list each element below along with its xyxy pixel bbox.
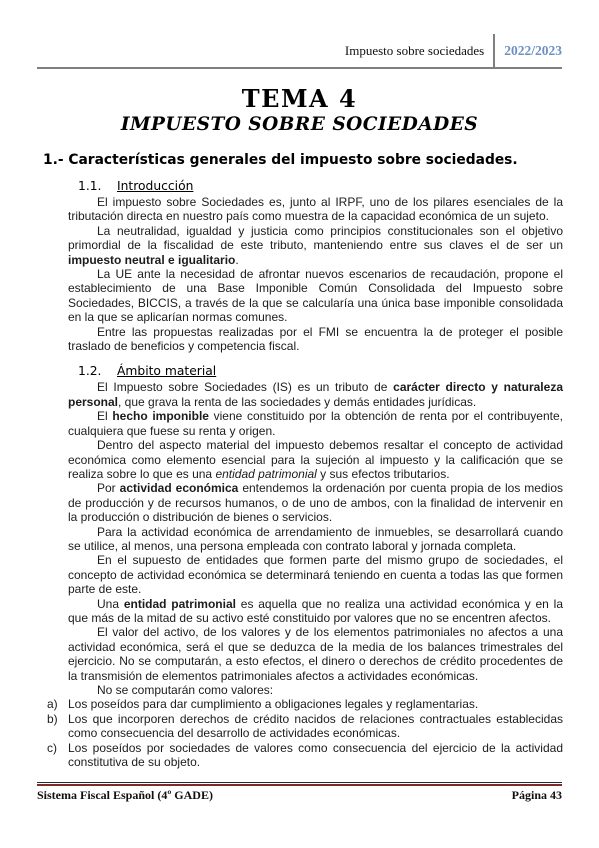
paragraph-4: Entre las propuestas realizadas por el F… <box>68 325 563 354</box>
subsection-number: 1.1. <box>78 179 117 193</box>
list-item-b: b)Los que incorporen derechos de crédito… <box>47 712 563 741</box>
text-run: El <box>97 409 112 423</box>
list-item-text: Los poseídos para dar cumplimiento a obl… <box>68 697 478 711</box>
text-run: La neutralidad, igualdad y justicia como… <box>68 224 563 252</box>
italic-run: entidad patrimonial <box>215 467 316 481</box>
list-marker: b) <box>47 712 68 726</box>
text-run: El impuesto sobre Sociedades es, junto a… <box>68 195 563 223</box>
list-item-text: Los poseídos por sociedades de valores c… <box>68 741 563 769</box>
text-run: Una <box>97 597 124 611</box>
text-run: Entre las propuestas realizadas por el F… <box>68 325 563 353</box>
list-marker: c) <box>47 741 68 755</box>
text-run: . <box>235 253 238 267</box>
text-run: En el supuesto de entidades que formen p… <box>68 553 563 596</box>
subsection-title: Ámbito material <box>117 364 216 378</box>
list-item-text: Los que incorporen derechos de crédito n… <box>68 712 563 740</box>
text-run: El valor del activo, de los valores y de… <box>68 625 563 682</box>
section-1-2-text: El Impuesto sobre Sociedades (IS) es un … <box>68 380 563 697</box>
list-item-a: a)Los poseídos para dar cumplimiento a o… <box>47 697 563 711</box>
list-marker: a) <box>47 697 68 711</box>
list-item-c: c)Los poseídos por sociedades de valores… <box>47 741 563 770</box>
bold-run: impuesto neutral e igualitario <box>68 253 235 267</box>
text-run: No se computarán como valores: <box>97 683 273 697</box>
subsection-title: Introducción <box>117 179 193 193</box>
subsection-number: 1.2. <box>78 364 117 378</box>
bold-run: entidad patrimonial <box>124 597 236 611</box>
footer-left-text: Sistema Fiscal Español (4º GADE) <box>37 788 213 803</box>
section-1-1-text: El impuesto sobre Sociedades es, junto a… <box>68 195 563 353</box>
footer-rule <box>37 782 562 786</box>
paragraph-13: No se computarán como valores: <box>68 683 563 697</box>
subsection-heading-1-2: 1.2.Ámbito material <box>78 364 562 378</box>
text-run: y sus efectos tributarios. <box>317 467 450 481</box>
paragraph-6: El hecho imponible viene constituido por… <box>68 409 563 438</box>
footer-text-row: Sistema Fiscal Español (4º GADE) Página … <box>37 788 562 803</box>
text-run: , que grava la renta de las sociedades y… <box>118 395 476 409</box>
footer-page-number: Página 43 <box>512 788 562 803</box>
page-header: Impuesto sobre sociedades 2022/2023 <box>37 0 562 69</box>
paragraph-9: Para la actividad económica de arrendami… <box>68 525 563 554</box>
paragraph-2: La neutralidad, igualdad y justicia como… <box>68 224 563 267</box>
subsection-heading-1-1: 1.1.Introducción <box>78 179 562 193</box>
paragraph-3: La UE ante la necesidad de afrontar nuev… <box>68 267 563 325</box>
doc-subtitle: IMPUESTO SOBRE SOCIEDADES <box>37 114 562 135</box>
paragraph-7: Dentro del aspecto material del impuesto… <box>68 438 563 481</box>
header-right-group: Impuesto sobre sociedades 2022/2023 <box>345 34 562 67</box>
text-run: El Impuesto sobre Sociedades (IS) es un … <box>97 380 393 394</box>
paragraph-1: El impuesto sobre Sociedades es, junto a… <box>68 195 563 224</box>
document-page: Impuesto sobre sociedades 2022/2023 TEMA… <box>0 0 599 848</box>
paragraph-11: Una entidad patrimonial es aquella que n… <box>68 597 563 626</box>
document-body: TEMA 4 IMPUESTO SOBRE SOCIEDADES 1.- Car… <box>37 78 562 769</box>
text-run: Para la actividad económica de arrendami… <box>68 525 563 553</box>
paragraph-12: El valor del activo, de los valores y de… <box>68 625 563 683</box>
bold-run: hecho imponible <box>112 409 209 423</box>
header-year: 2022/2023 <box>495 43 562 59</box>
page-footer: Sistema Fiscal Español (4º GADE) Página … <box>37 782 562 803</box>
section-heading-1: 1.- Características generales del impues… <box>43 152 562 168</box>
text-run: La UE ante la necesidad de afrontar nuev… <box>68 267 563 324</box>
paragraph-10: En el supuesto de entidades que formen p… <box>68 553 563 596</box>
header-title: Impuesto sobre sociedades <box>345 43 493 59</box>
value-exclusions-list: a)Los poseídos para dar cumplimiento a o… <box>47 697 563 769</box>
text-run: Por <box>97 481 120 495</box>
doc-title: TEMA 4 <box>37 84 562 113</box>
paragraph-5: El Impuesto sobre Sociedades (IS) es un … <box>68 380 563 409</box>
paragraph-8: Por actividad económica entendemos la or… <box>68 481 563 524</box>
bold-run: actividad económica <box>120 481 239 495</box>
